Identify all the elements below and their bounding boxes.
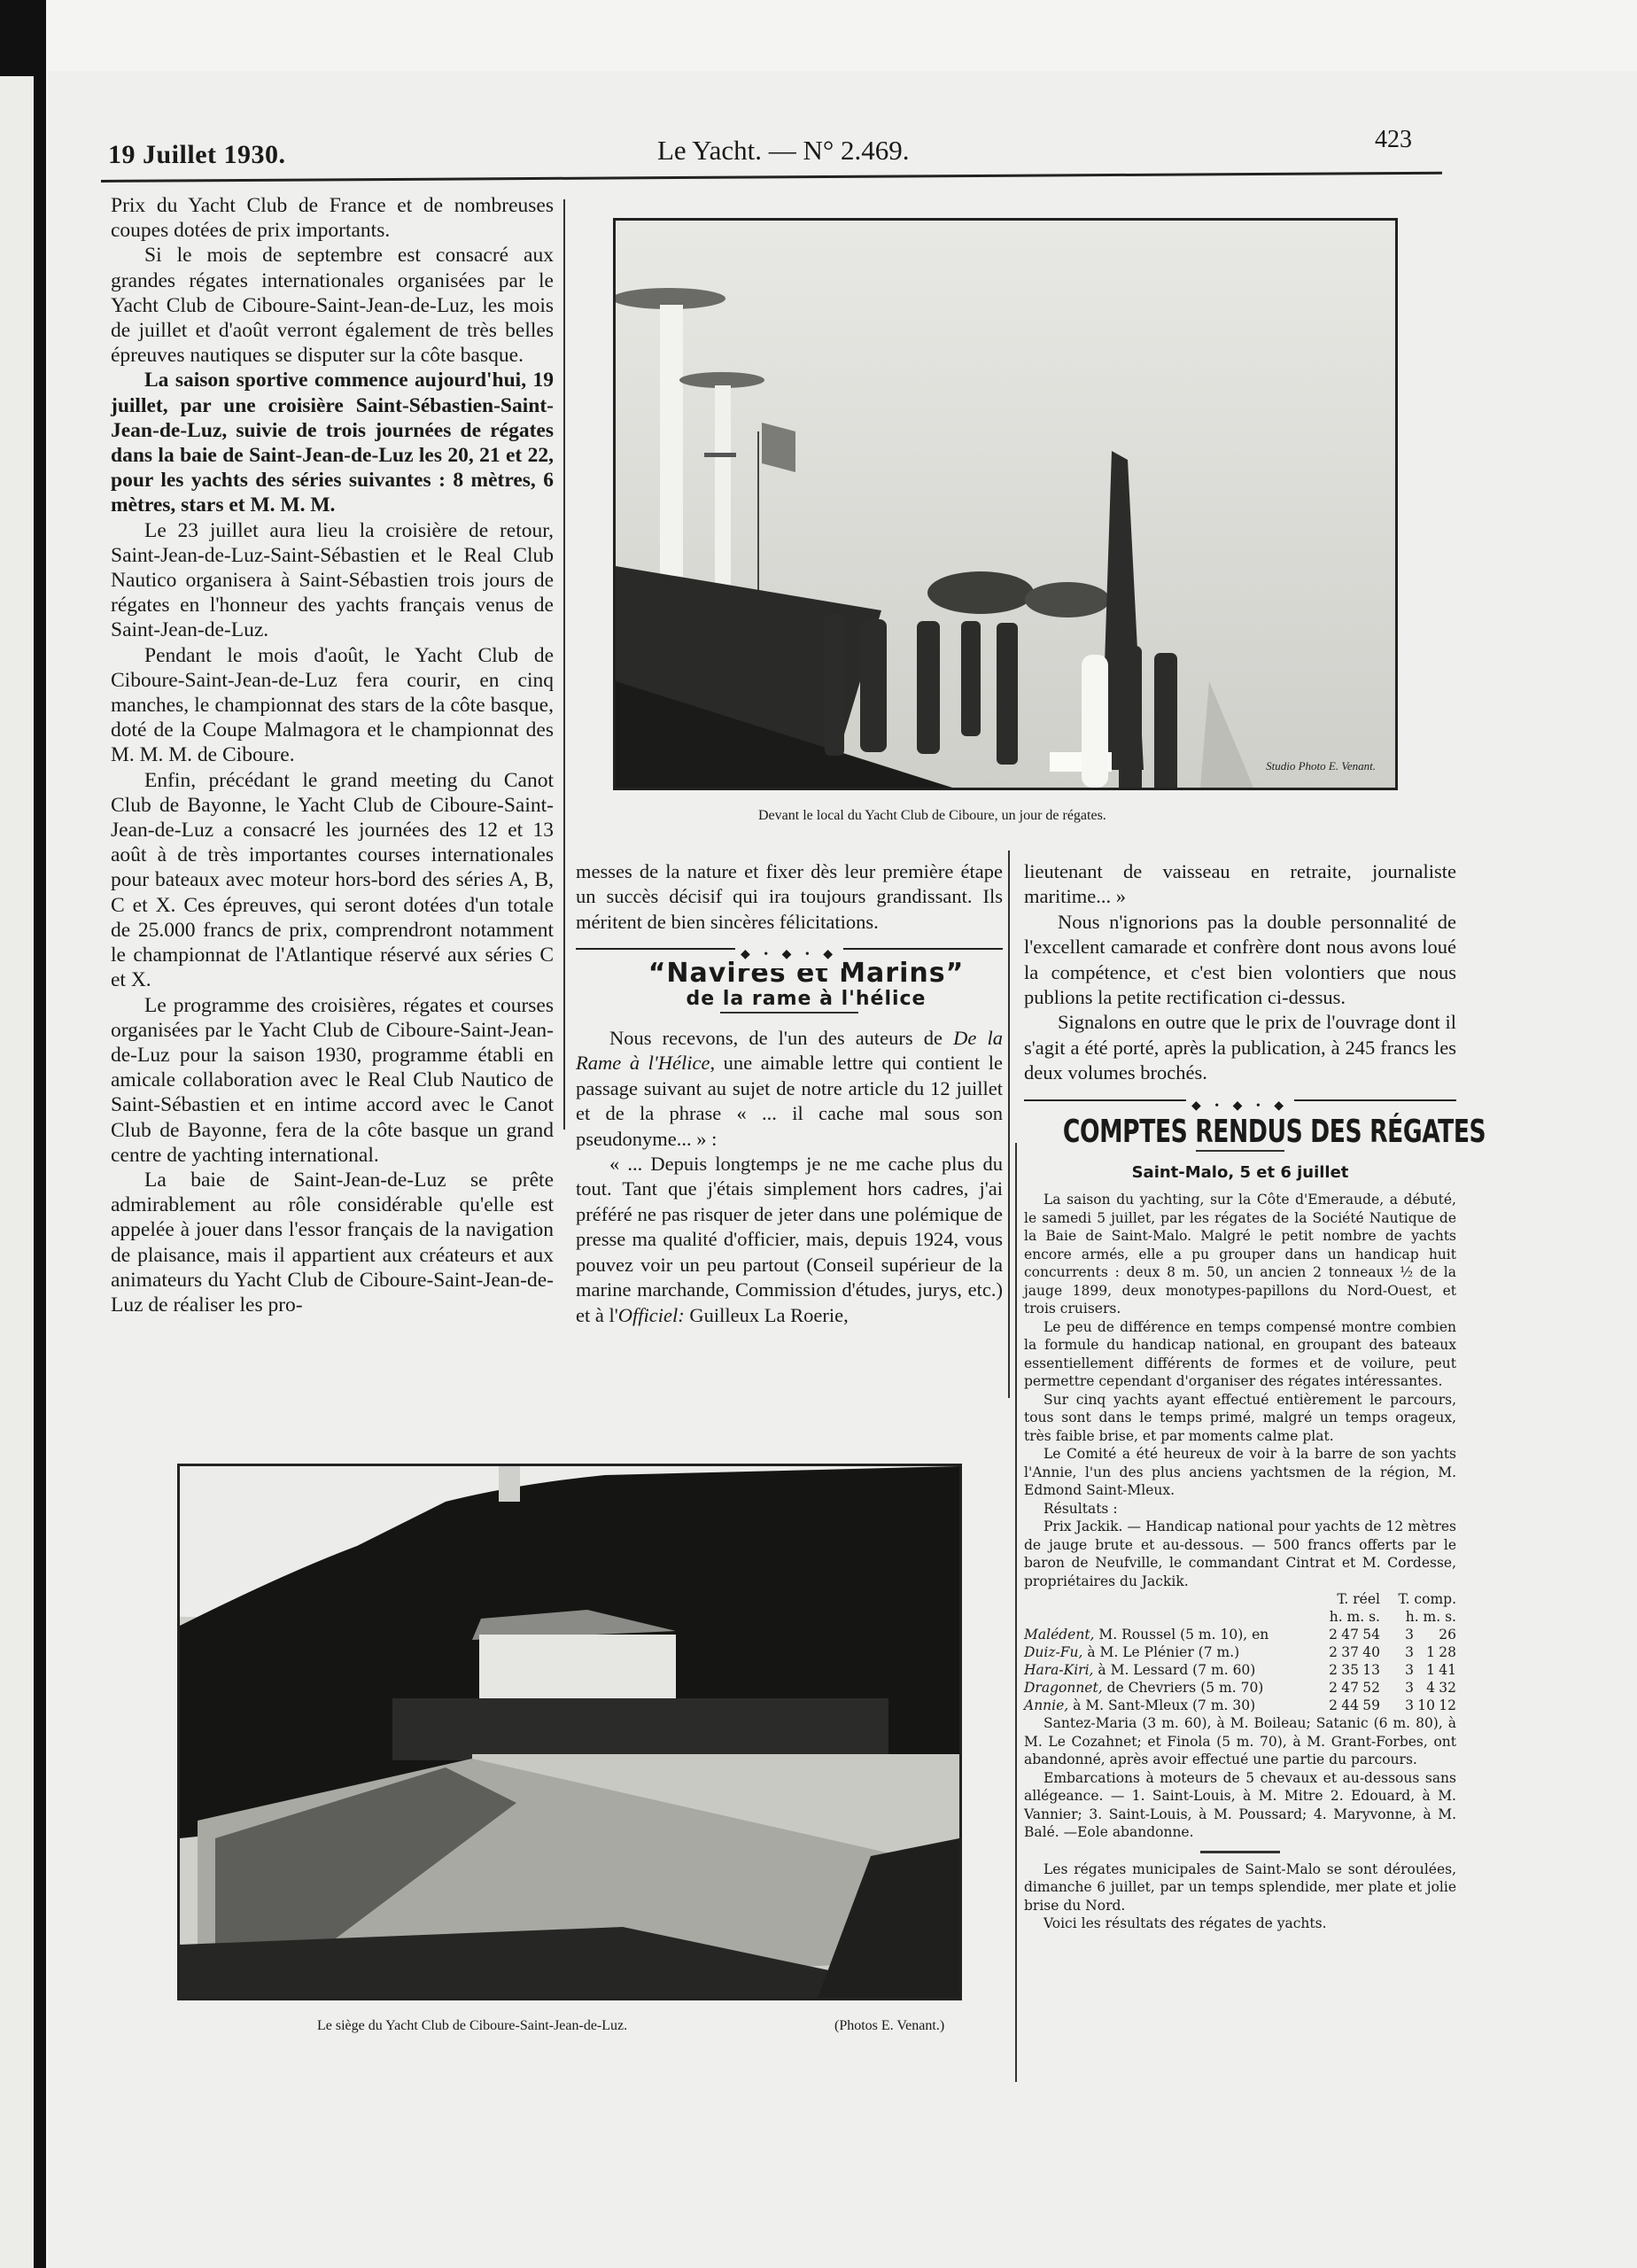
photo-image: [616, 221, 1395, 788]
paragraph: Le Comité a été heureux de voir à la bar…: [1024, 1445, 1456, 1500]
paragraph: messes de la nature et fixer dès leur pr…: [576, 859, 1003, 935]
paragraph: lieutenant de vaisseau en retraite, jour…: [1024, 859, 1456, 910]
paragraph: Résultats :: [1024, 1500, 1456, 1518]
paragraph: Le peu de différence en temps compensé m…: [1024, 1318, 1456, 1391]
photo-caption-bottom: Le siège du Yacht Club de Ciboure-Saint-…: [317, 2018, 627, 2034]
paragraph: « ... Depuis longtemps je ne me cache pl…: [576, 1152, 1003, 1328]
paragraph: Nous n'ignorions pas la double personnal…: [1024, 910, 1456, 1011]
paragraph: Le 23 juillet aura lieu la croisière de …: [111, 518, 554, 643]
right-column: lieutenant de vaisseau en retraite, jour…: [1024, 859, 1456, 1933]
table-row: Dragonnet, de Chevriers (5 m. 70) 24752 …: [1024, 1679, 1456, 1697]
middle-column: messes de la nature et fixer dès leur pr…: [576, 859, 1003, 1328]
paragraph: Enfin, précédant le grand meeting du Can…: [111, 768, 554, 993]
ornamental-divider: ◆ • ◆ • ◆: [1024, 1093, 1456, 1107]
subtitle-rule: [720, 1012, 858, 1014]
paragraph: La baie de Saint-Jean-de-Luz se prête ad…: [111, 1168, 554, 1317]
paragraph: Les régates municipales de Saint-Malo se…: [1024, 1860, 1456, 1915]
issue-date: 19 Juillet 1930.: [108, 140, 286, 170]
column-divider: [1008, 850, 1010, 1398]
section-title: COMPTES RENDUS DES RÉGATES: [1063, 1120, 1417, 1145]
photo-yacht-club-headquarters: [177, 1464, 962, 2000]
table-row: Annie, à M. Sant-Mleux (7 m. 30) 24459 3…: [1024, 1697, 1456, 1714]
table-row: Duiz-Fu, à M. Le Plénier (7 m.) 23740 31…: [1024, 1643, 1456, 1661]
paragraph: Prix du Yacht Club de France et de nombr…: [111, 193, 554, 243]
paragraph: Signalons en outre que le prix de l'ouvr…: [1024, 1010, 1456, 1085]
paragraph: Embarcations à moteurs de 5 chevaux et a…: [1024, 1769, 1456, 1842]
photo-caption-top: Devant le local du Yacht Club de Ciboure…: [758, 808, 1106, 824]
paragraph: Prix Jackik. — Handicap national pour ya…: [1024, 1518, 1456, 1590]
page-header: 19 Juillet 1930. Le Yacht. — N° 2.469. 4…: [108, 133, 1437, 177]
publication-title: Le Yacht. — N° 2.469.: [657, 135, 910, 167]
ornamental-divider: ◆ • ◆ • ◆: [576, 942, 1003, 956]
section-break-rule: [1200, 1851, 1280, 1853]
paragraph: Sur cinq yachts ayant effectué entièreme…: [1024, 1391, 1456, 1446]
regatta-report: La saison du yachting, sur la Côte d'Eme…: [1024, 1191, 1456, 1933]
results-table: T. réel T. comp. h. m. s. h. m. s. Maléd…: [1024, 1590, 1456, 1714]
paragraph: Si le mois de septembre est consacré aux…: [111, 243, 554, 368]
facing-page-edge: [0, 76, 34, 2268]
article-subtitle: de la rame à l'hélice: [576, 987, 1003, 1012]
table-row: Hara-Kiri, à M. Lessard (7 m. 60) 23513 …: [1024, 1661, 1456, 1679]
photo-yacht-club-terrace: Studio Photo E. Venant.: [613, 218, 1398, 790]
table-header-row: T. réel T. comp.: [1024, 1590, 1456, 1608]
paragraph: Nous recevons, de l'un des auteurs de De…: [576, 1026, 1003, 1152]
paragraph: Voici les résultats des régates de yacht…: [1024, 1915, 1456, 1933]
table-row: Malédent, M. Roussel (5 m. 10), en 24754…: [1024, 1626, 1456, 1643]
page-number: 423: [1375, 126, 1412, 154]
studio-credit: Studio Photo E. Venant.: [1266, 759, 1376, 773]
table-subheader-row: h. m. s. h. m. s.: [1024, 1608, 1456, 1626]
paragraph: Santez-Maria (3 m. 60), à M. Boileau; Sa…: [1024, 1714, 1456, 1769]
paragraph: Pendant le mois d'août, le Yacht Club de…: [111, 643, 554, 768]
column-divider: [563, 199, 565, 1130]
paragraph: La saison du yachting, sur la Côte d'Eme…: [1024, 1191, 1456, 1318]
column-divider: [1015, 1143, 1017, 2082]
paragraph: La saison sportive commence aujourd'hui,…: [111, 368, 554, 517]
photo-credit: (Photos E. Venant.): [834, 2018, 944, 2034]
paragraph: Le programme des croisières, régates et …: [111, 993, 554, 1168]
title-rule: [1196, 1150, 1284, 1152]
photo-image: [180, 1466, 959, 1998]
left-column: Prix du Yacht Club de France et de nombr…: [111, 193, 554, 1317]
location-title: Saint-Malo, 5 et 6 juillet: [1024, 1161, 1456, 1185]
